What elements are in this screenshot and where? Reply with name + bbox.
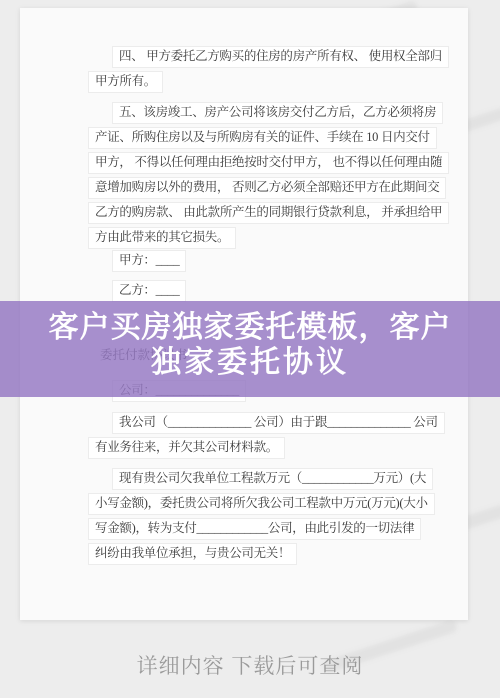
banner-title-line2: 独家委托协议 — [0, 345, 500, 380]
contract-line: 纠纷由我单位承担，与贵公司无关！ — [88, 543, 297, 565]
contract-line: 现有贵公司欠我单位工程款万元（____________万元）(大 — [112, 468, 433, 490]
download-hint-text: 详细内容 下载后可查阅 — [0, 650, 500, 680]
contract-clause-6: 我公司（______________ 公司）由于跟______________ … — [88, 412, 445, 462]
party-a-label: 甲方：____ — [112, 250, 186, 272]
contract-line: 方由此带来的其它损失。 — [88, 227, 236, 249]
contract-line: 意增加购房以外的费用， 否则乙方必须全部赔还甲方在此期间交 — [88, 177, 446, 199]
contract-line: 五、该房竣工、房产公司将该房交付乙方后，乙方必须将房 — [112, 102, 443, 124]
party-a-line: 甲方：____ — [88, 250, 186, 275]
promo-title-banner: 客户买房独家委托模板，客户 独家委托协议 — [0, 301, 500, 397]
contract-line: 写金额)，转为支付____________公司，由此引发的一切法律 — [88, 518, 421, 540]
doc-preview-screen: 四、 甲方委托乙方购买的住房的房产所有权、 使用权全部归 甲方所有。 五、该房竣… — [0, 0, 500, 698]
contract-clause-7: 现有贵公司欠我单位工程款万元（____________万元）(大 小写金额)，委… — [88, 468, 435, 568]
contract-line: 小写金额)，委托贵公司将所欠我公司工程款中万元(万元)(大小 — [88, 493, 435, 515]
contract-line: 有业务往来，并欠其公司材料款。 — [88, 437, 285, 459]
contract-clause-4: 四、 甲方委托乙方购买的住房的房产所有权、 使用权全部归 甲方所有。 — [88, 46, 449, 96]
contract-line: 产证、所购住房以及与所购房有关的证件、手续在 10 日内交付 — [88, 127, 437, 149]
contract-line: 甲方所有。 — [88, 71, 163, 93]
contract-line: 甲方， 不得以任何理由拒绝按时交付甲方， 也不得以任何理由随 — [88, 152, 449, 174]
party-b-label: 乙方：____ — [112, 280, 186, 302]
contract-line: 四、 甲方委托乙方购买的住房的房产所有权、 使用权全部归 — [112, 46, 449, 68]
contract-line: 我公司（______________ 公司）由于跟______________ … — [112, 412, 445, 434]
contract-line: 乙方的购房款、 由此款所产生的同期银行贷款利息， 并承担给甲 — [88, 202, 449, 224]
contract-clause-5: 五、该房竣工、房产公司将该房交付乙方后，乙方必须将房 产证、所购住房以及与所购房… — [88, 102, 449, 252]
banner-title-line1: 客户买房独家委托模板，客户 — [0, 310, 500, 345]
